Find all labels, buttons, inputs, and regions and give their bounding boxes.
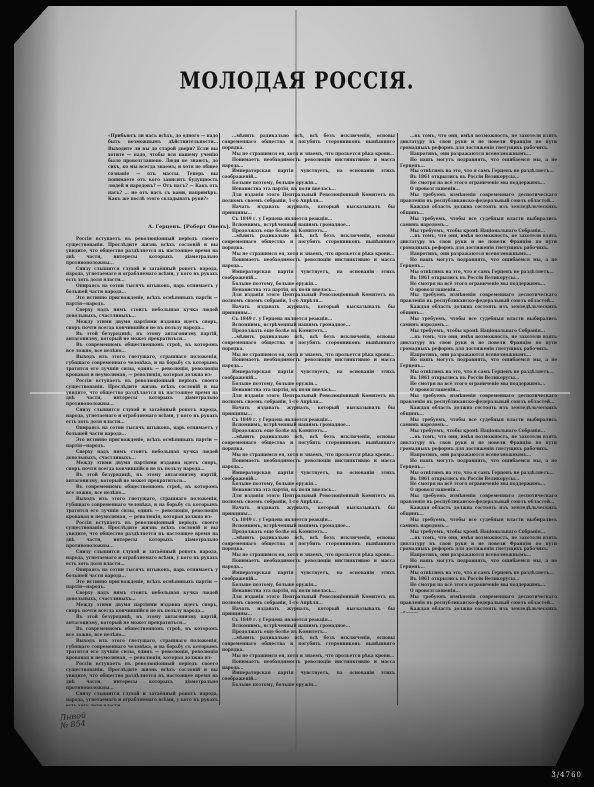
- paragraph: Императорская партія чувствуетъ, на осно…: [222, 369, 395, 381]
- paragraph: Каждая область должна состоять изъ земле…: [400, 606, 557, 614]
- paragraph: ...въ томъ, что они, имѣя возможность, н…: [400, 535, 557, 553]
- paragraph: Понимаетъ необходимость революціи инстин…: [222, 458, 395, 470]
- paragraph: Мы не страшимся ея, хотя и знаемъ, что п…: [222, 452, 395, 458]
- paragraph: Снизу слышится глухой и затаённый ропотъ…: [66, 407, 218, 425]
- paragraph: Для изданія этого Центральный Революціон…: [222, 192, 395, 204]
- paragraph: Понимаетъ необходимость революціи инстин…: [222, 157, 395, 169]
- paragraph: Но нашъ могутъ подравнять, что ошибаемся…: [400, 357, 557, 369]
- paragraph: ...въ томъ, что они, имѣя возможность, н…: [400, 133, 557, 151]
- document-title: МОЛОДАЯ РОССІЯ.: [0, 67, 594, 95]
- paragraph: Опираясь на сотни тысячъ штыковъ, царь о…: [66, 567, 218, 579]
- paragraph: Сверху надъ нимъ стоитъ небольшая кучка …: [66, 307, 218, 319]
- paragraph: Понимаетъ необходимость революціи инстин…: [222, 357, 395, 369]
- paragraph: Понимаетъ необходимость революціи инстин…: [222, 659, 395, 671]
- paragraph: Мы не страшимся ея, хотя и знаемъ, что п…: [222, 653, 395, 659]
- paragraph: Больше поэтому, больше оружія...: [222, 682, 395, 688]
- paragraph: Сверху надъ нимъ стоитъ небольшая кучка …: [66, 590, 218, 602]
- paragraph: Между этими двумя партіями издавна идетъ…: [66, 460, 218, 472]
- paragraph: Начать издавать журналъ, который высказы…: [222, 405, 395, 417]
- paragraph: Между этими двумя партіями издавна идетъ…: [66, 602, 218, 614]
- paragraph: Мы не страшимся ея, хотя и знаемъ, что п…: [222, 151, 395, 157]
- paragraph: Россія вступаетъ въ революціонный період…: [66, 378, 218, 408]
- paragraph: Это истинно пригвожденіе, всѣхъ осмѣянны…: [66, 579, 218, 591]
- paragraph: Императорская партія чувствуетъ, на осно…: [222, 470, 395, 482]
- paragraph: Императорская партія чувствуетъ, на осно…: [222, 670, 395, 682]
- archive-mark: Лнвой № 854: [59, 712, 87, 731]
- paragraph: Мы отвѣтимъ на это, что я самъ Герценъ н…: [400, 269, 557, 275]
- paragraph: Въ современномъ общественномъ строѣ, въ …: [66, 342, 218, 354]
- paragraph: Сверху надъ нимъ стоитъ небольшая кучка …: [66, 449, 218, 461]
- paragraph: ...мѣнить радикально всѣ, всѣ безъ исклю…: [222, 535, 395, 553]
- paragraph: Начать издавать журналъ, который высказы…: [222, 505, 395, 517]
- paragraph: Въ этой безурядицѣ, въ этому антагонизму…: [66, 614, 218, 626]
- paragraph: Россія вступаетъ въ революціонный період…: [66, 520, 218, 550]
- paragraph: Понимаетъ необходимость революціи инстин…: [222, 257, 395, 269]
- paragraph: Мы требуемъ, чтобы все судебныя власти в…: [400, 216, 557, 228]
- paragraph: Императорская партія чувствуетъ, на осно…: [222, 570, 395, 582]
- paragraph: Не смотря на всё этого ограниченіе мы по…: [400, 281, 557, 287]
- paragraph: Каждая область должна состоять изъ земле…: [400, 505, 557, 517]
- epigraph: «Прибьютъ ли насъ всѣхъ, до одного — над…: [108, 133, 218, 202]
- paragraph: Между этими двумя партіями издавна идетъ…: [66, 319, 218, 331]
- paragraph: ...мѣнить радикально всѣ, всѣ безъ исклю…: [222, 133, 395, 151]
- paragraph: Каждая область должна состоять изъ земле…: [400, 405, 557, 417]
- paragraph: Въ современномъ общественномъ строѣ, въ …: [66, 484, 218, 496]
- paragraph: Выходъ изъ этого гнетущаго, страшнаго по…: [66, 496, 218, 520]
- paragraph: Не смотря на всё этого ограниченіе мы по…: [400, 582, 557, 588]
- paragraph: Опираясь на сотни тысячъ штыковъ, царь о…: [66, 283, 218, 295]
- paragraph: Это истинно пригвожденіе, всѣхъ осмѣянны…: [66, 437, 218, 449]
- paragraph: Мы требуемъ, чтобы кромѣ Національнаго С…: [400, 529, 557, 535]
- paragraph: Снизу слышится глухой и затаённый ропотъ…: [66, 266, 218, 284]
- paragraph: Мы требуемъ измѣненія современнаго деспо…: [400, 493, 557, 505]
- paragraph: Но нашъ могутъ подравнять, что ошибаемся…: [400, 257, 557, 269]
- paragraph: Каждая область должна состоять изъ земле…: [400, 204, 557, 216]
- paragraph: Въ современномъ общественномъ строѣ, въ …: [66, 626, 218, 638]
- paragraph: ...въ томъ, что они, имѣя возможность, н…: [400, 334, 557, 352]
- paragraph: Начать издавать журналъ, который высказы…: [222, 606, 395, 618]
- paragraph: ...мѣнить радикально всѣ, всѣ безъ исклю…: [222, 233, 395, 251]
- paragraph: Мы требуемъ, чтобы все судебныя власти в…: [400, 517, 557, 529]
- paragraph: Но нашъ могутъ подравнять, что ошибаемся…: [400, 157, 557, 169]
- paragraph: Мы требуемъ, чтобы все судебныя власти в…: [400, 417, 557, 429]
- paragraph: Мы требуемъ, чтобы все судебныя власти в…: [400, 316, 557, 328]
- paragraph: Опираясь на сотни тысячъ штыковъ, царь о…: [66, 425, 218, 437]
- paragraph: Для изданія этого Центральный Революціон…: [222, 393, 395, 405]
- paragraph: ...мѣнить радикально всѣ, всѣ безъ исклю…: [222, 334, 395, 352]
- paragraph: Мы требуемъ измѣненія современнаго деспо…: [400, 594, 557, 606]
- paragraph: Императорская партія чувствуетъ, на осно…: [222, 168, 395, 180]
- negative-number: 3/4760: [551, 771, 582, 779]
- paragraph: Для изданія этого Центральный Революціон…: [222, 594, 395, 606]
- paragraph: Понимаетъ необходимость революціи инстин…: [222, 558, 395, 570]
- paragraph: Это истинно пригвожденіе, всѣхъ осмѣянны…: [66, 295, 218, 307]
- paragraph: Въ этой безурядицѣ, въ этому антагонизму…: [66, 472, 218, 484]
- paragraph: Россія вступаетъ въ революціонный період…: [66, 236, 218, 266]
- paragraph: Начать издавать журналъ, который высказы…: [222, 304, 395, 316]
- paragraph: ...мѣнить радикально всѣ, всѣ безъ исклю…: [222, 434, 395, 452]
- paragraph: Выходъ изъ этого гнетущаго, страшнаго по…: [66, 638, 218, 662]
- paragraph: ...мѣнить радикально всѣ, всѣ безъ исклю…: [222, 635, 395, 653]
- paragraph: Мы требуемъ, чтобы кромѣ Національнаго С…: [400, 328, 557, 334]
- paragraph: Каждая область должна состоять изъ земле…: [400, 304, 557, 316]
- text-column-1: Россія вступаетъ въ революціонный період…: [66, 236, 218, 706]
- paragraph: Мы требуемъ измѣненія современнаго деспо…: [400, 292, 557, 304]
- paragraph: Для изданія этого Центральный Революціон…: [222, 292, 395, 304]
- paragraph: Мы требуемъ измѣненія современнаго деспо…: [400, 192, 557, 204]
- paragraph: Начать издавать журналъ, который высказы…: [222, 204, 395, 216]
- paragraph: Но нашъ могутъ подравнять, что ошибаемся…: [400, 458, 557, 470]
- paragraph: Но нашъ могутъ подравнять, что ошибаемся…: [400, 558, 557, 570]
- paragraph: Для изданія этого Центральный Революціон…: [222, 493, 395, 505]
- paragraph: Снизу слышится глухой и затаённый ропотъ…: [66, 549, 218, 567]
- paragraph: Снизу слышится глухой и затаённый ропотъ…: [66, 691, 218, 706]
- column-rule-1: [219, 133, 220, 705]
- paragraph: ...въ томъ, что они, имѣя возможность, н…: [400, 434, 557, 452]
- paragraph: ...въ томъ, что они, имѣя возможность, н…: [400, 233, 557, 251]
- paragraph: Въ этой безурядицѣ, въ этому антагонизму…: [66, 331, 218, 343]
- text-column-2: ...мѣнить радикально всѣ, всѣ безъ исклю…: [222, 133, 395, 705]
- paragraph: Мы отвѣтимъ на это, что я самъ Герценъ н…: [400, 470, 557, 476]
- text-column-3: ...въ томъ, что они, имѣя возможность, н…: [400, 133, 557, 613]
- column-rule-2: [397, 133, 398, 705]
- paragraph: Мы требуемъ измѣненія современнаго деспо…: [400, 393, 557, 405]
- paragraph: Выходъ изъ этого гнетущаго, страшнаго по…: [66, 354, 218, 378]
- paragraph: Императорская партія чувствуетъ, на осно…: [222, 269, 395, 281]
- paragraph: Россія вступаетъ въ революціонный період…: [66, 661, 218, 691]
